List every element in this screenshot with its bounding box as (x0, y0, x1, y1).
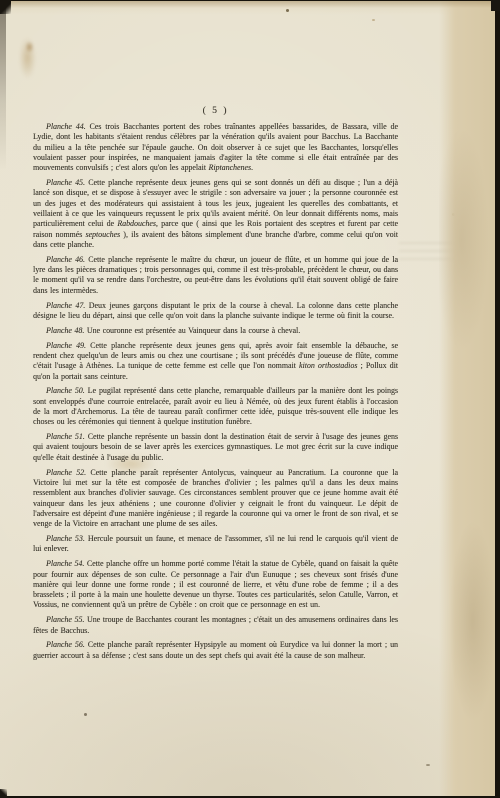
paragraph-label: Planche 52. (46, 468, 86, 477)
text-block: Planche 44. Ces trois Bacchantes portent… (33, 122, 398, 666)
scanned-book-page: ( 5 ) Planche 44. Ces trois Bacchantes p… (0, 0, 500, 798)
paragraph-label: Planche 44. (46, 122, 86, 131)
paragraph-planche-46: Planche 46. Cette planche représente le … (33, 255, 398, 296)
paragraph-planche-45: Planche 45. Cette planche représente deu… (33, 178, 398, 250)
paragraph-text: Deux jeunes garçons disputant le prix de… (33, 301, 398, 320)
paragraph-label: Planche 51. (46, 432, 85, 441)
paragraph-text: Cette planche paraît représenter Hypsipy… (33, 640, 398, 659)
paragraph-label: Planche 47. (46, 301, 85, 310)
italic-term: Rabdouches (117, 219, 156, 228)
paragraph-planche-47: Planche 47. Deux jeunes garçons disputan… (33, 301, 398, 322)
paragraph-planche-52: Planche 52. Cette planche paraît représe… (33, 468, 398, 530)
paragraph-text: Cette planche représente un bassin dont … (33, 432, 398, 462)
italic-term: kiton orthostadios (299, 361, 357, 370)
paragraph-text: Une troupe de Bacchantes courant les mon… (33, 615, 398, 634)
binding-shadow (0, 0, 6, 170)
paper-speck (426, 764, 430, 766)
paper: ( 5 ) Planche 44. Ces trois Bacchantes p… (0, 1, 495, 796)
paragraph-text: Cette planche représente le maître du ch… (33, 255, 398, 295)
scan-corner-dark (0, 0, 11, 14)
paragraph-planche-44: Planche 44. Ces trois Bacchantes portent… (33, 122, 398, 173)
paragraph-text: Hercule poursuit un faune, et menace de … (33, 534, 398, 553)
paragraph-planche-48: Planche 48. Une couronne est présentée a… (33, 326, 398, 336)
paper-stain (25, 41, 34, 53)
paragraph-text: Cette planche paraît représenter Antolyc… (33, 468, 398, 528)
scan-corner-dark (0, 789, 7, 798)
paragraph-label: Planche 53. (46, 534, 85, 543)
paragraph-planche-56: Planche 56. Cette planche paraît représe… (33, 640, 398, 661)
paragraph-planche-55: Planche 55. Une troupe de Bacchantes cou… (33, 615, 398, 636)
paragraph-label: Planche 50. (46, 386, 85, 395)
paper-speck (84, 713, 87, 716)
paper-speck (372, 19, 375, 21)
page-top-shading (0, 1, 495, 8)
paragraph-label: Planche 49. (46, 341, 86, 350)
paragraph-text: Une couronne est présentée au Vainqueur … (84, 326, 300, 335)
paragraph-label: Planche 54. (46, 559, 84, 568)
paragraph-text: Cette planche offre un homme porté comme… (33, 559, 398, 609)
paper-speck (286, 9, 289, 12)
page-number: ( 5 ) (33, 106, 398, 116)
paragraph-label: Planche 56. (46, 640, 85, 649)
paragraph-planche-54: Planche 54. Cette planche offre un homme… (33, 559, 398, 610)
paragraph-label: Planche 55. (46, 615, 84, 624)
paragraph-text: Le pugilat représenté dans cette planche… (33, 386, 398, 426)
adjacent-page-edge (439, 1, 495, 796)
paragraph-planche-50: Planche 50. Le pugilat représenté dans c… (33, 386, 398, 427)
paper-stain (19, 37, 36, 79)
paragraph-label: Planche 46. (46, 255, 85, 264)
italic-term: septouches (85, 230, 120, 239)
italic-term: Riptanchenes (209, 163, 252, 172)
paragraph-planche-49: Planche 49. Cette planche représente deu… (33, 341, 398, 382)
paragraph-planche-51: Planche 51. Cette planche représente un … (33, 432, 398, 463)
paragraph-label: Planche 48. (46, 326, 84, 335)
paragraph-text: . (251, 163, 253, 172)
paragraph-planche-53: Planche 53. Hercule poursuit un faune, e… (33, 534, 398, 555)
scan-corner-dark (491, 0, 500, 11)
paragraph-label: Planche 45. (46, 178, 85, 187)
